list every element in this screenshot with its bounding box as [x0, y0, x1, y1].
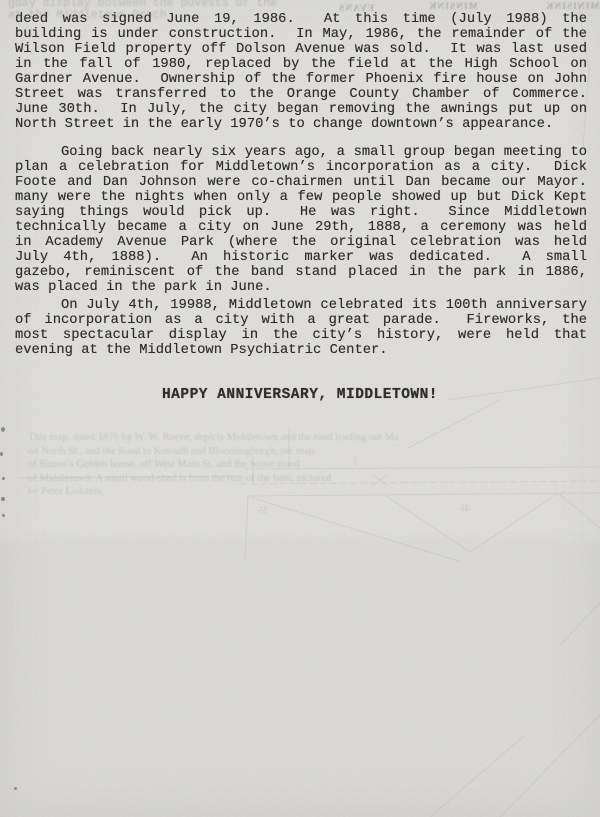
text-line: many were the nights when only a few peo…	[15, 190, 587, 205]
text-line: Gardner Avenue. Ownership of the former …	[15, 72, 587, 87]
paragraph-2: Going back nearly six years ago, a small…	[15, 145, 587, 295]
scan-speck	[2, 514, 5, 517]
text-line: On July 4th, 19988, Middletown celebrate…	[15, 298, 587, 313]
text-line: June 30th. In July, the city began remov…	[15, 102, 587, 117]
ghost-caption-line: by Peter Liskanis.	[28, 485, 583, 499]
text-line: Foote and Dan Johnson were co-chairmen u…	[15, 175, 587, 190]
text-line: in the fall of 1980, replaced by the fie…	[15, 57, 587, 72]
scanned-document-page: 35 46 gday display botween the puvests o…	[0, 0, 600, 817]
text-line: Street was transferred to the Orange Cou…	[15, 87, 587, 102]
text-line: Going back nearly six years ago, a small…	[15, 145, 587, 160]
scan-speck	[1, 497, 5, 501]
text-line: saying things would pick up. He was righ…	[15, 205, 587, 220]
text-line: building is under construction. In May, …	[15, 27, 587, 42]
text-line: of incorporation as a city with a great …	[15, 313, 587, 328]
text-line: technically became a city on June 29th, …	[15, 220, 587, 235]
paragraph-3: On July 4th, 19988, Middletown celebrate…	[15, 298, 587, 358]
paragraph-1: deed was signed June 19, 1986. At this t…	[15, 12, 587, 132]
ghost-caption-line: This map, dated 1876 by W. W. Reeve, dep…	[28, 431, 583, 445]
text-line: in Academy Avenue Park (where the origin…	[15, 235, 587, 250]
map-ghost-number: 35	[258, 506, 268, 517]
text-line: North Street in the early 1970’s to chan…	[15, 117, 587, 132]
text-line: was placed in the park in June.	[15, 280, 587, 295]
text-line: most spectacular display in the city’s h…	[15, 328, 587, 343]
text-line: gazebo, reminiscent of the band stand pl…	[15, 265, 587, 280]
ghost-map-caption: This map, dated 1876 by W. W. Reeve, dep…	[28, 431, 583, 499]
scan-speck	[1, 427, 5, 432]
ghost-caption-line: of Simon’s Golden house, off West Main S…	[28, 458, 583, 472]
text-line: evening at the Middletown Psychiatric Ce…	[15, 343, 587, 358]
scan-speck	[0, 452, 3, 456]
text-line: deed was signed June 19, 1986. At this t…	[15, 12, 587, 27]
anniversary-heading: HAPPY ANNIVERSARY, MIDDLETOWN!	[0, 387, 600, 403]
scan-speck	[2, 477, 5, 480]
text-line: plan a celebration for Middletown’s inco…	[15, 160, 587, 175]
ghost-caption-line: of Middletown. A small wood-shed is from…	[28, 472, 583, 486]
scan-speck	[14, 787, 17, 790]
text-line: July 4th, 1888). An historic marker was …	[15, 250, 587, 265]
text-line: Wilson Field property off Dolson Avenue …	[15, 42, 587, 57]
ghost-map-label-minsink: MINSINK	[428, 2, 478, 12]
ghost-map-label-minisink: MINISINK	[545, 2, 599, 12]
map-ghost-number: 46	[460, 503, 470, 514]
ghost-caption-line: on North St., and the Road to Kossuth an…	[28, 445, 583, 459]
